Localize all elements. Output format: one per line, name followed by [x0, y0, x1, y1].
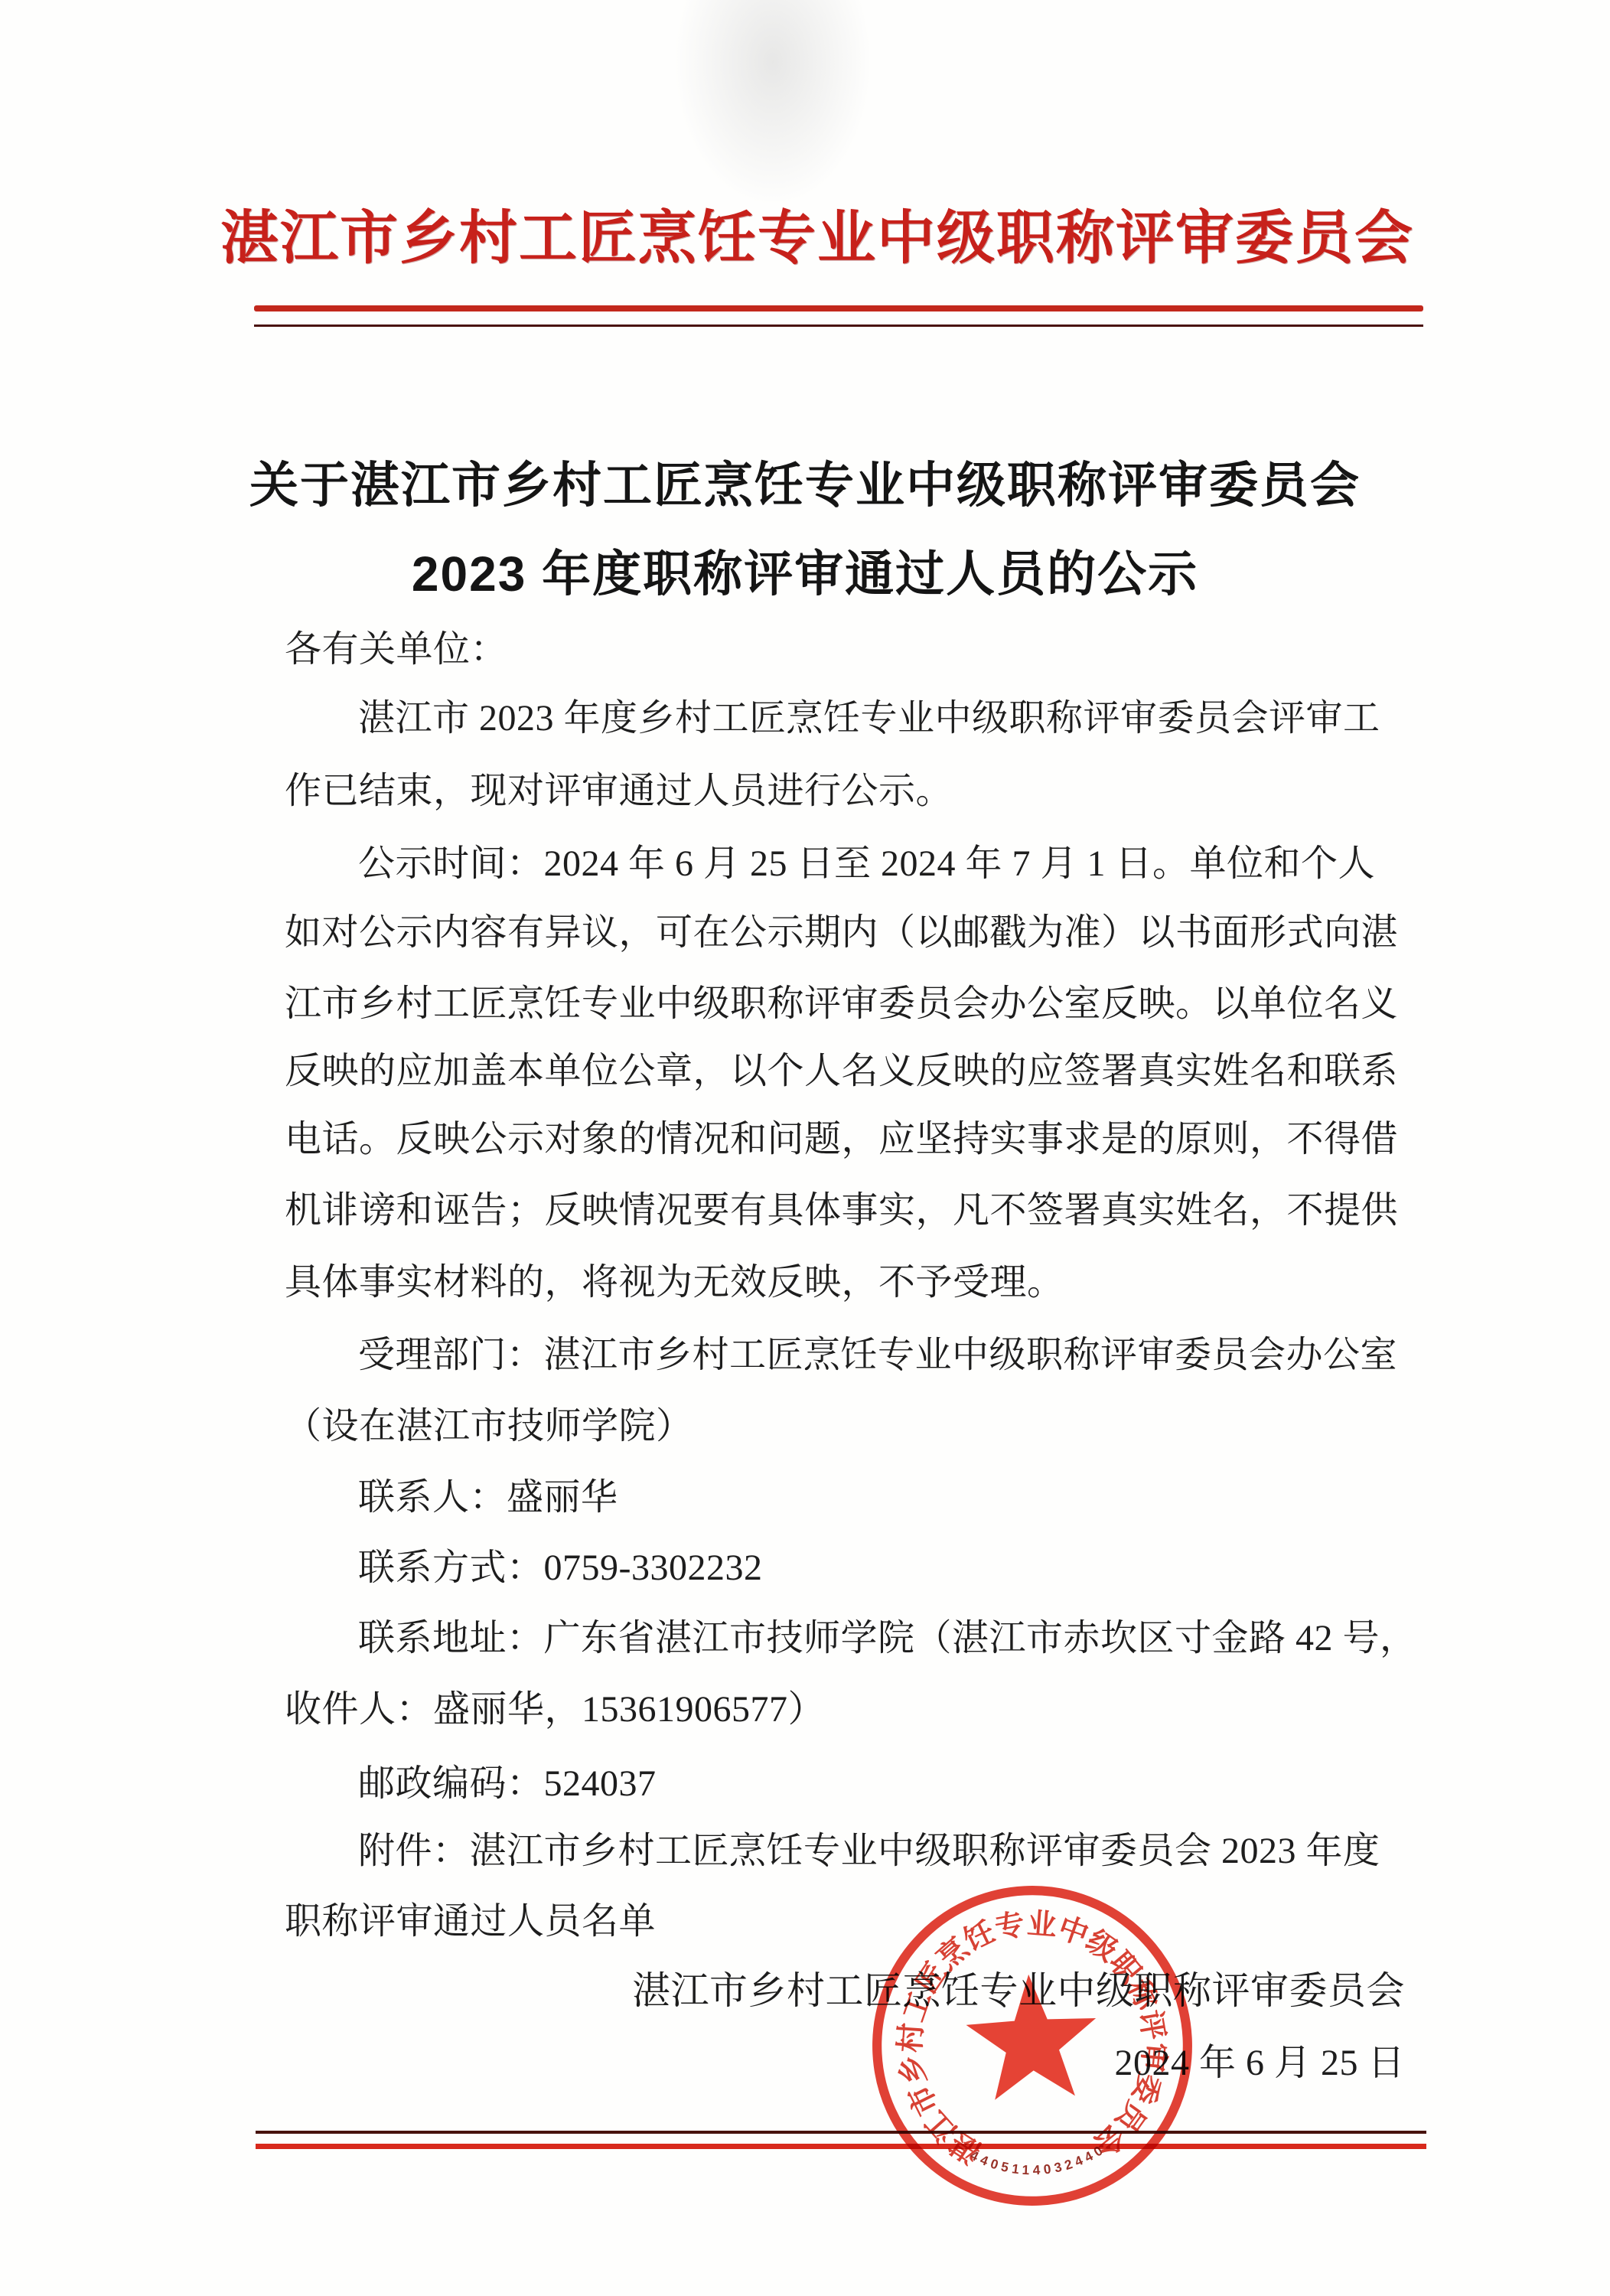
document-header-committee: 湛江市乡村工匠烹饪专业中级职称评审委员会	[220, 191, 1390, 275]
body-line: 反映的应加盖本单位公章，以个人名义反映的应签署真实姓名和联系	[285, 1049, 1405, 1094]
body-line: 江市乡村工匠烹饪专业中级职称评审委员会办公室反映。以单位名义	[285, 981, 1405, 1027]
body-line: 如对公示内容有异议，可在公示期内（以邮戳为准）以书面形式向湛	[285, 910, 1405, 956]
body-line-attachment: 附件：湛江市乡村工匠烹饪专业中级职称评审委员会 2023 年度	[285, 1828, 1478, 1874]
body-line-salutation: 各有关单位：	[285, 627, 1405, 673]
body-line-contact-person: 联系人：盛丽华	[285, 1475, 1478, 1521]
footer-rule-red	[256, 2144, 1426, 2149]
header-rule-red	[254, 305, 1423, 311]
body-line-recipient: 收件人：盛丽华，15361906577）	[285, 1687, 1405, 1733]
body-line: 电话。反映公示对象的情况和问题，应坚持实事求是的原则，不得借	[285, 1117, 1405, 1163]
body-line-accepting-department: 受理部门：湛江市乡村工匠烹饪专业中级职称评审委员会办公室	[285, 1332, 1478, 1378]
document-title: 关于湛江市乡村工匠烹饪专业中级职称评审委员会 2023 年度职称评审通过人员的公…	[220, 441, 1390, 618]
body-line-contact-address: 联系地址：广东省湛江市技师学院（湛江市赤坎区寸金路 42 号，	[285, 1616, 1478, 1662]
scan-artifact	[673, 0, 872, 207]
body-line: 具体事实材料的，将视为无效反映，不予受理。	[285, 1260, 1405, 1306]
document-page: 湛江市乡村工匠烹饪专业中级职称评审委员会 关于湛江市乡村工匠烹饪专业中级职称评审…	[0, 0, 1610, 2296]
body-line-public-notice-period: 公示时间：2024 年 6 月 25 日至 2024 年 7 月 1 日。单位和…	[285, 841, 1478, 887]
body-line: 湛江市 2023 年度乡村工匠烹饪专业中级职称评审委员会评审工	[285, 696, 1478, 742]
document-title-line2: 2023 年度职称评审通过人员的公示	[220, 530, 1390, 618]
body-line: 机诽谤和诬告；反映情况要有具体事实，凡不签署真实姓名，不提供	[285, 1188, 1405, 1234]
footer-rule-dark	[256, 2131, 1426, 2134]
header-rule-dark	[254, 325, 1423, 327]
body-line: 作已结束，现对评审通过人员进行公示。	[285, 768, 1405, 814]
body-line-contact-phone: 联系方式：0759-3302232	[285, 1545, 1478, 1591]
body-line: 职称评审通过人员名单	[285, 1899, 1405, 1945]
signature-committee: 湛江市乡村工匠烹饪专业中级职称评审委员会	[285, 1968, 1431, 2014]
body-line-postal-code: 邮政编码：524037	[285, 1761, 1478, 1807]
document-title-line1: 关于湛江市乡村工匠烹饪专业中级职称评审委员会	[220, 441, 1390, 530]
signature-date: 2024 年 6 月 25 日	[285, 2040, 1610, 2086]
body-line: （设在湛江市技师学院）	[285, 1404, 1405, 1450]
